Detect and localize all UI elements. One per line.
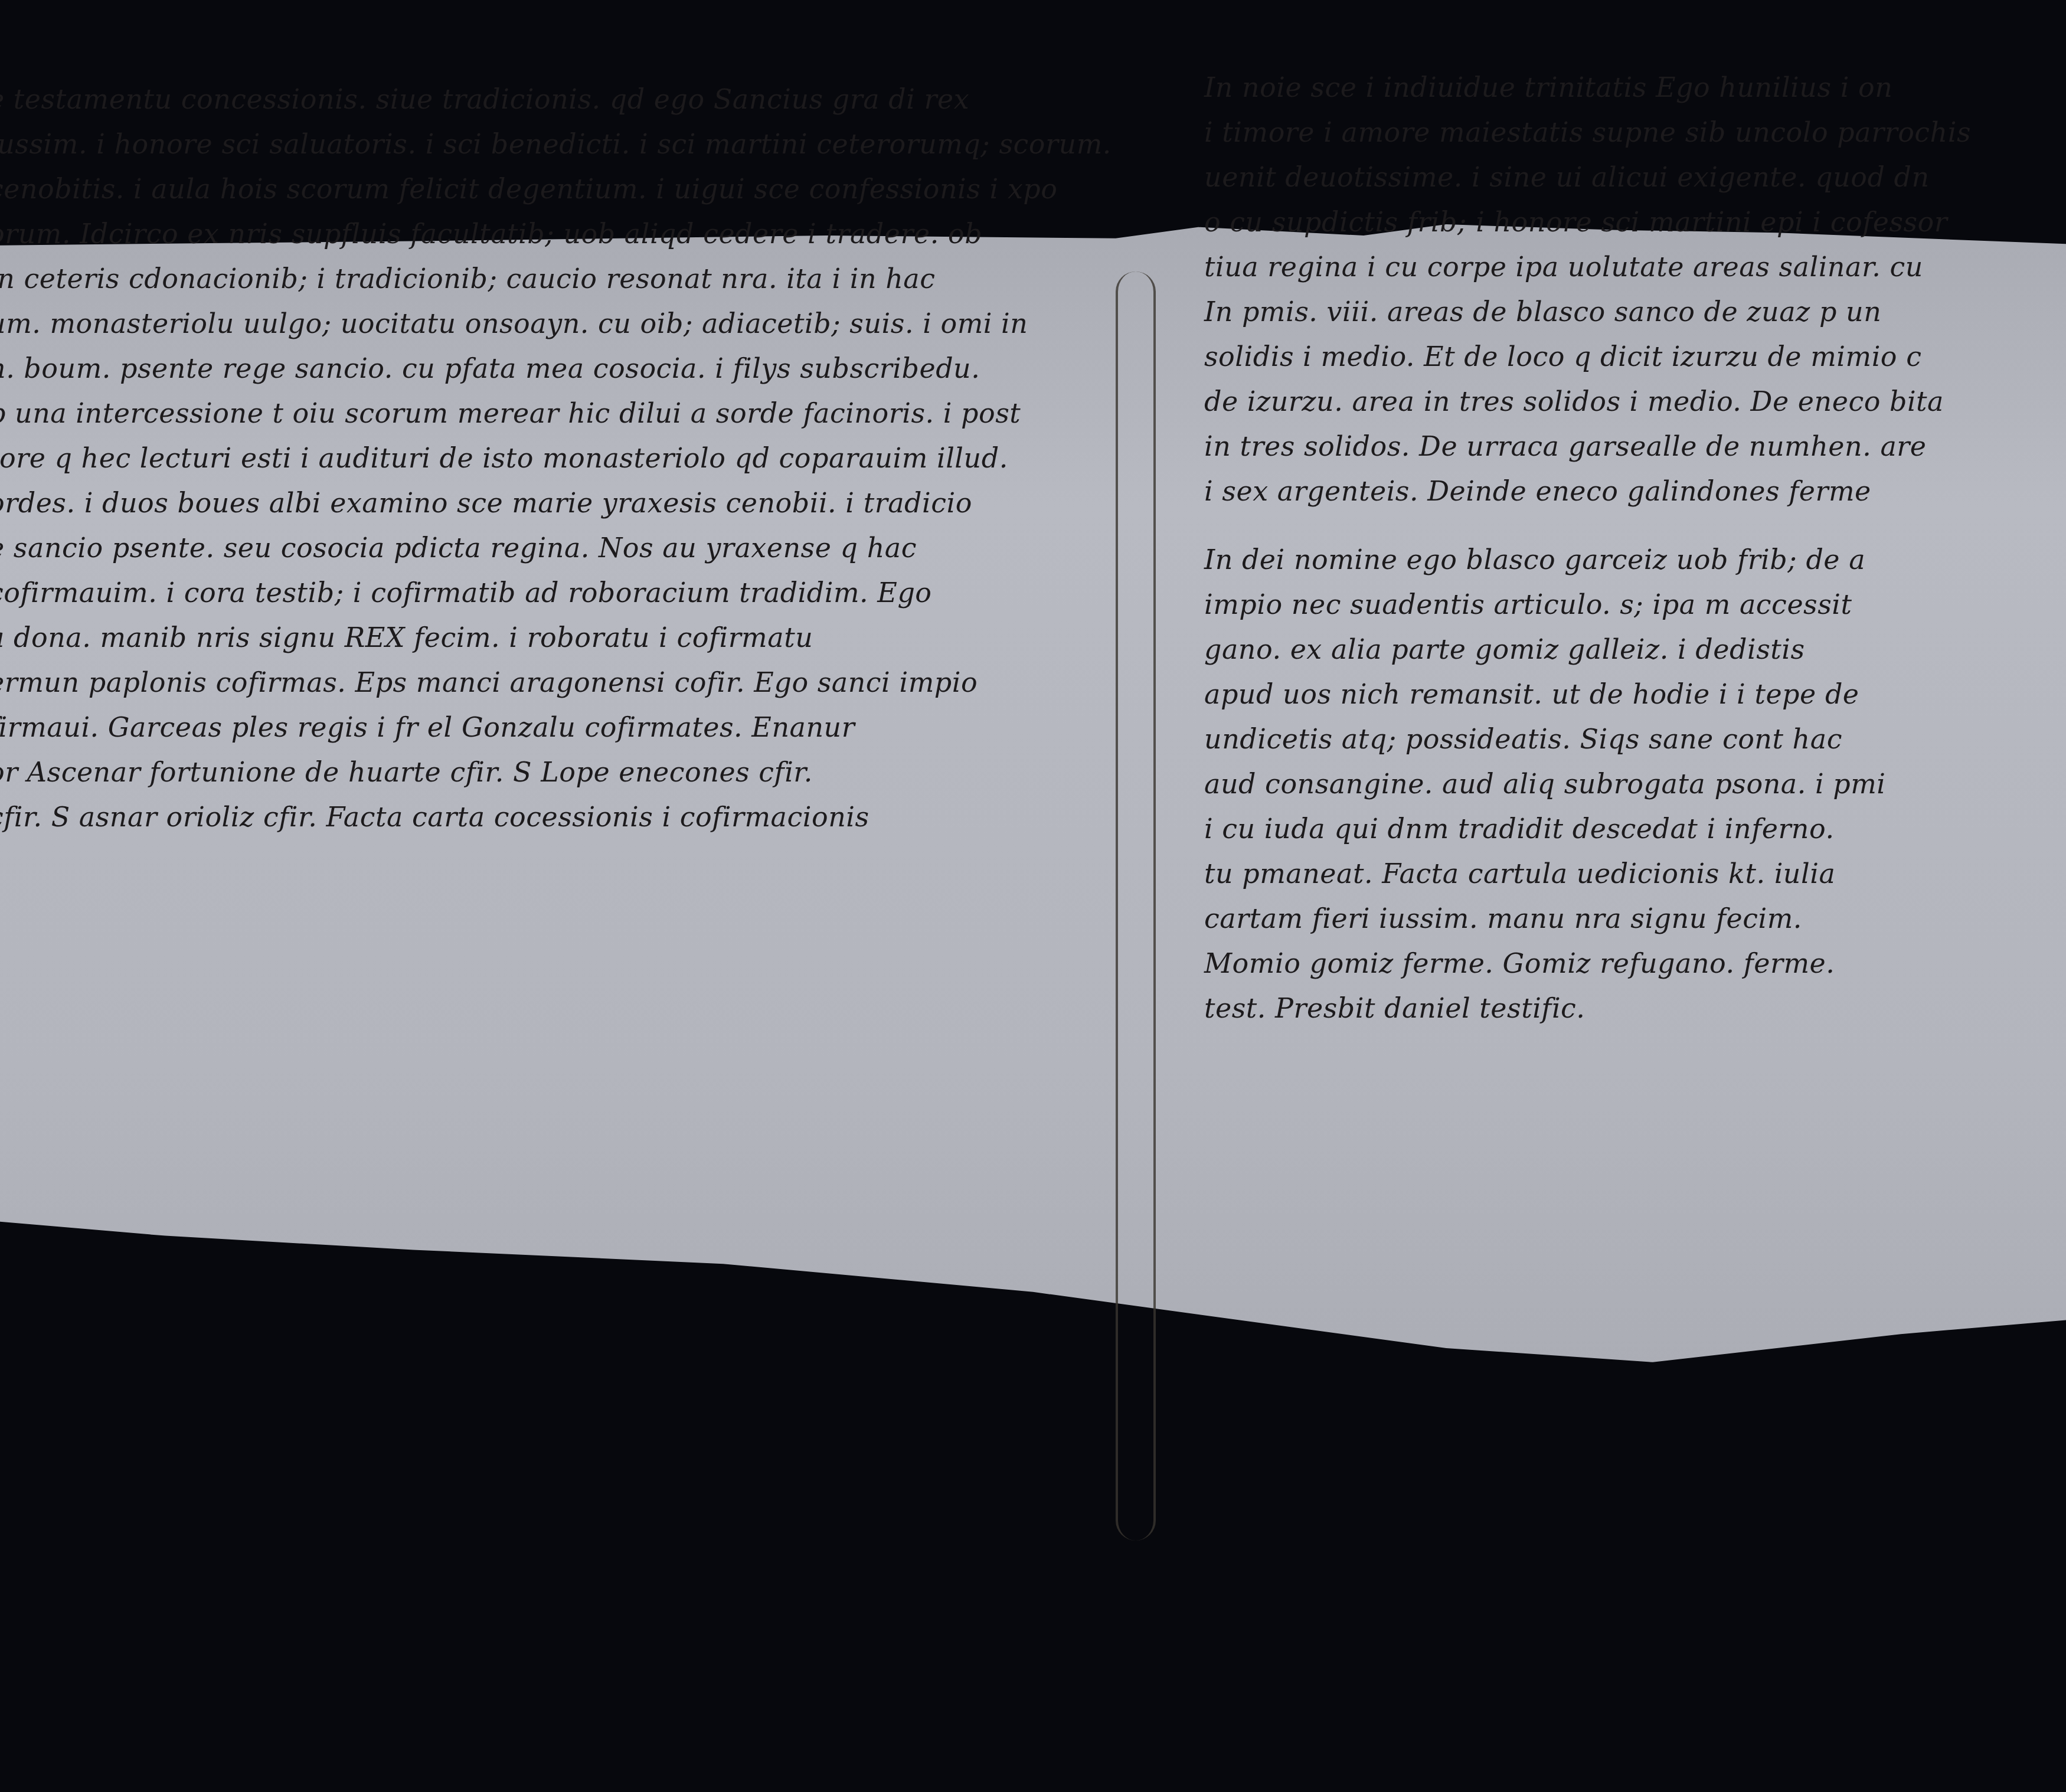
column-divider-rule [1116, 272, 1156, 1541]
text-line: Momio gomiz ferme. Gomiz refugano. ferme… [1204, 941, 1971, 986]
text-line: firmaui. Garceas ples regis i fr el Gonz… [0, 705, 1112, 750]
text-line: aud consangine. aud aliq subrogata psona… [1204, 761, 1971, 806]
text-line: p una intercessione t oiu scorum merear … [0, 391, 1112, 436]
text-line: impio nec suadentis articulo. s; ipa m a… [1204, 582, 1971, 627]
text-line: In noie sce i indiuidue trinitatis Ego h… [1204, 65, 1971, 110]
text-line: In dei nomine ego blasco garceiz uob fri… [1204, 537, 1971, 582]
text-line: apud uos nich remansit. ut de hodie i i … [1204, 672, 1971, 717]
text-line: or Ascenar fortunione de huarte cfir. S … [0, 750, 1112, 794]
text-line: i timore i amore maiestatis supne sib un… [1204, 110, 1971, 155]
text-line: cenobitis. i aula hois scorum felicit de… [0, 166, 1112, 211]
text-line: test. Presbit daniel testific. [1204, 986, 1971, 1031]
text-line: ordes. i duos boues albi examino sce mar… [0, 480, 1112, 525]
text-line: orum. Idcirco ex nris supfluis facultati… [0, 211, 1112, 256]
text-line: cofirmauim. i cora testib; i cofirmatib … [0, 570, 1112, 615]
text-line: e sancio psente. seu cosocia pdicta regi… [0, 525, 1112, 570]
text-line: cartam fieri iussim. manu nra signu feci… [1204, 896, 1971, 941]
text-line: In pmis. viii. areas de blasco sanco de … [1204, 289, 1971, 334]
text-line: undicetis atq; possideatis. Siqs sane co… [1204, 717, 1971, 761]
text-line: i sex argenteis. Deinde eneco galindones… [1204, 469, 1971, 514]
text-line: iussim. i honore sci saluatoris. i sci b… [0, 122, 1112, 166]
text-line: i cu iuda qui dnm tradidit descedat i in… [1204, 806, 1971, 851]
text-line: ermun paplonis cofirmas. Eps manci arago… [0, 660, 1112, 705]
text-line: e testamentu concessionis. siue tradicio… [0, 77, 1112, 122]
left-column-text: e testamentu concessionis. siue tradicio… [0, 77, 1112, 839]
text-line: n. boum. psente rege sancio. cu pfata me… [0, 346, 1112, 391]
text-line: tore q hec lecturi esti i audituri de is… [0, 436, 1112, 480]
text-line: o cu supdictis frib; i honore sci martin… [1204, 200, 1971, 244]
text-line: gano. ex alia parte gomiz galleiz. i ded… [1204, 627, 1971, 672]
charter-paragraph-1: In noie sce i indiuidue trinitatis Ego h… [1204, 65, 1971, 514]
text-line: in tres solidos. De urraca garsealle de … [1204, 424, 1971, 469]
text-line: uenit deuotissime. i sine ui alicui exig… [1204, 155, 1971, 200]
text-line: tiua regina i cu corpe ipa uolutate area… [1204, 244, 1971, 289]
text-line: de izurzu. area in tres solidos i medio.… [1204, 379, 1971, 424]
text-line: tu pmaneat. Facta cartula uedicionis kt.… [1204, 851, 1971, 896]
text-line: a dona. manib nris signu REX fecim. i ro… [0, 615, 1112, 660]
charter-paragraph-2: In dei nomine ego blasco garceiz uob fri… [1204, 537, 1971, 1031]
text-line: in ceteris cdonacionib; i tradicionib; c… [0, 256, 1112, 301]
text-line: solidis i medio. Et de loco q dicit izur… [1204, 334, 1971, 379]
right-column-text: In noie sce i indiuidue trinitatis Ego h… [1204, 65, 1971, 1031]
text-line: um. monasteriolu uulgo; uocitatu onsoayn… [0, 301, 1112, 346]
text-line: cfir. S asnar orioliz cfir. Facta carta … [0, 794, 1112, 839]
